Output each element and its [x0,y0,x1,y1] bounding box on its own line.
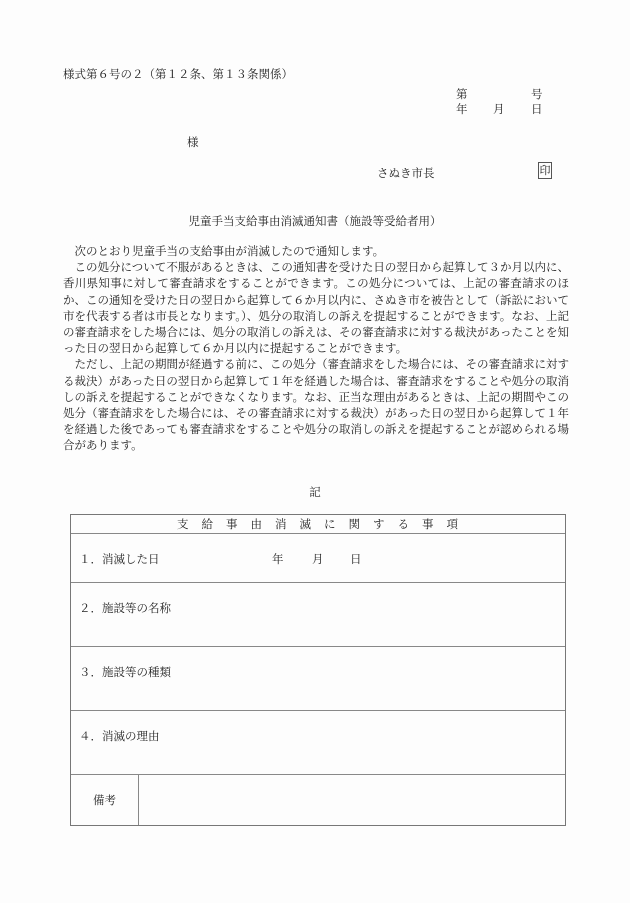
form-number: 様式第６号の２（第１２条、第１３条関係） [63,66,293,82]
document-title: 児童手当支給事由消滅通知書（施設等受給者用） [0,213,630,229]
table-row-facility-name: ２．施設等の名称 [71,583,565,647]
notice-paragraph: この処分について不服があるときは、この通知書を受けた日の翌日から起算して３か月以… [63,259,569,356]
details-table: 支給事由消滅に関する事項 １．消滅した日 年月日 ２．施設等の名称 ３．施設等の… [70,514,566,826]
notice-paragraph: ただし、上記の期間が経過する前に、この処分（審査請求をした場合には、その審査請求… [63,356,569,453]
table-row-extinction-reason: ４．消滅の理由 [71,711,565,775]
date-year-label: 年 [272,551,312,567]
table-header: 支給事由消滅に関する事項 [71,515,565,534]
row-label: ２．施設等の名称 [79,600,171,616]
row-label: ４．消滅の理由 [79,728,160,744]
date-day-label: 日 [350,551,362,567]
notice-body: 次のとおり児童手当の支給事由が消滅したので通知します。 この処分について不服があ… [63,243,569,454]
record-mark: 記 [0,484,630,500]
doc-number-prefix: 第 [456,86,468,102]
row-label: １．消滅した日 [79,551,160,567]
issuer-name: さぬき市長 [377,165,435,181]
row-label: ３．施設等の種類 [79,664,171,680]
date-day-label: 日 [531,101,543,117]
addressee-suffix: 様 [187,134,199,150]
notice-paragraph: 次のとおり児童手当の支給事由が消滅したので通知します。 [63,243,569,259]
table-row-extinction-date: １．消滅した日 年月日 [71,534,565,583]
date-month-label: 月 [312,551,350,567]
doc-number-suffix: 号 [531,86,543,102]
column-divider [138,775,139,825]
remarks-label: 備考 [71,792,138,808]
date-month-label: 月 [493,101,505,117]
date-year-label: 年 [456,101,468,117]
table-row-facility-type: ３．施設等の種類 [71,647,565,711]
seal-stamp-icon: 印 [538,162,552,179]
extinction-date-fields: 年月日 [272,551,362,567]
table-row-remarks: 備考 [71,775,565,825]
